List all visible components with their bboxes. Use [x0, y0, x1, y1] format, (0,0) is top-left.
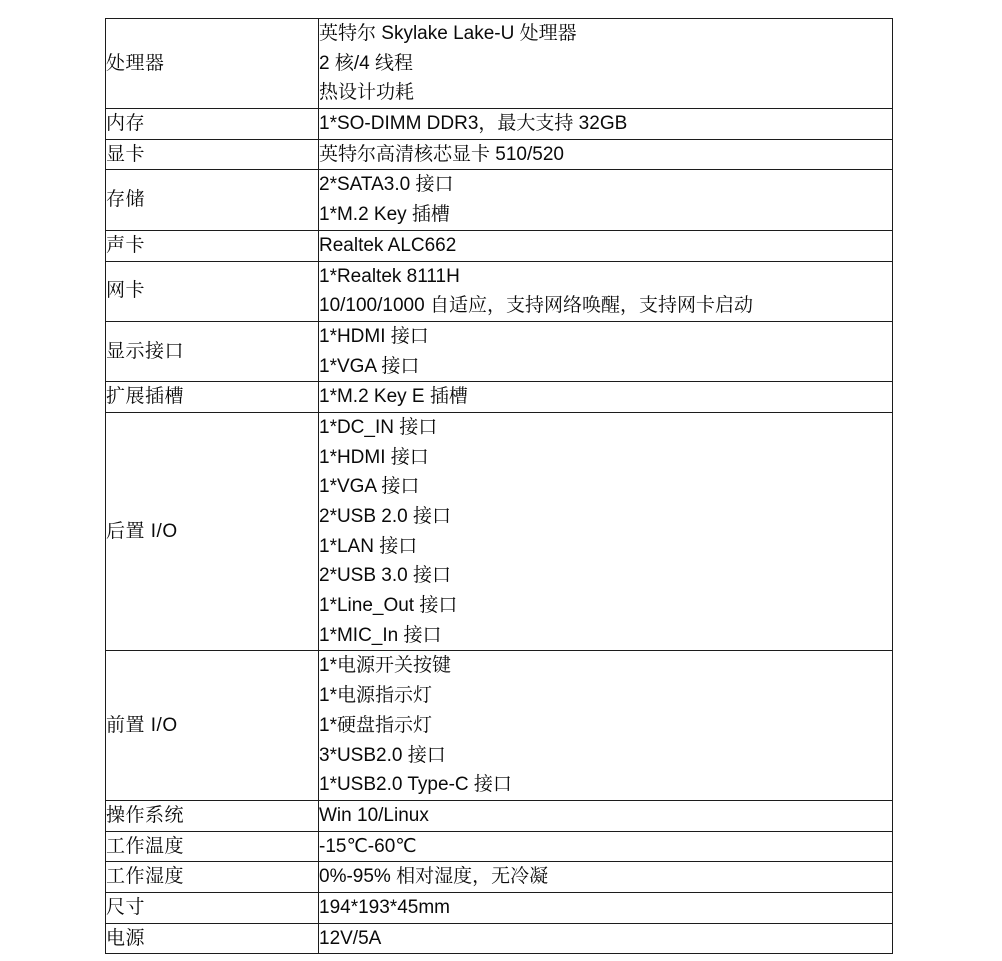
spec-value: 194*193*45mm — [319, 892, 893, 923]
spec-label-text: 操作系统 — [106, 801, 318, 831]
spec-label: 声卡 — [106, 230, 319, 261]
spec-label-text: 前置 I/O — [106, 711, 318, 741]
spec-value-line: 1*M.2 Key 插槽 — [319, 200, 892, 230]
spec-label: 操作系统 — [106, 800, 319, 831]
spec-sheet-page: 处理器英特尔 Skylake Lake-U 处理器2 核/4 线程热设计功耗内存… — [0, 0, 1002, 961]
table-row: 存储2*SATA3.0 接口1*M.2 Key 插槽 — [106, 170, 893, 230]
spec-value-line: 1*硬盘指示灯 — [319, 711, 892, 741]
spec-value-line: 1*Line_Out 接口 — [319, 591, 892, 621]
table-row: 前置 I/O1*电源开关按键1*电源指示灯1*硬盘指示灯3*USB2.0 接口1… — [106, 651, 893, 800]
table-row: 声卡Realtek ALC662 — [106, 230, 893, 261]
spec-value-line: 0%-95% 相对湿度，无冷凝 — [319, 862, 892, 892]
spec-label: 显示接口 — [106, 321, 319, 381]
spec-value-line: 2*USB 3.0 接口 — [319, 561, 892, 591]
spec-label: 后置 I/O — [106, 412, 319, 651]
spec-label-text: 电源 — [106, 924, 318, 954]
spec-label-text: 显示接口 — [106, 337, 318, 367]
spec-table-body: 处理器英特尔 Skylake Lake-U 处理器2 核/4 线程热设计功耗内存… — [106, 19, 893, 954]
spec-value: Win 10/Linux — [319, 800, 893, 831]
spec-label: 显卡 — [106, 139, 319, 170]
spec-label: 处理器 — [106, 19, 319, 109]
spec-label: 前置 I/O — [106, 651, 319, 800]
spec-value-line: 1*VGA 接口 — [319, 352, 892, 382]
spec-value-line: 1*电源指示灯 — [319, 681, 892, 711]
spec-value: 1*M.2 Key E 插槽 — [319, 382, 893, 413]
table-row: 处理器英特尔 Skylake Lake-U 处理器2 核/4 线程热设计功耗 — [106, 19, 893, 109]
table-row: 后置 I/O1*DC_IN 接口1*HDMI 接口1*VGA 接口2*USB 2… — [106, 412, 893, 651]
spec-value-line: 1*USB2.0 Type-C 接口 — [319, 770, 892, 800]
spec-value-line: 英特尔 Skylake Lake-U 处理器 — [319, 19, 892, 49]
spec-label-text: 声卡 — [106, 231, 318, 261]
spec-label-text: 处理器 — [106, 49, 318, 79]
spec-value-line: 1*电源开关按键 — [319, 651, 892, 681]
spec-table: 处理器英特尔 Skylake Lake-U 处理器2 核/4 线程热设计功耗内存… — [105, 18, 893, 954]
spec-value-line: 1*LAN 接口 — [319, 532, 892, 562]
spec-label: 网卡 — [106, 261, 319, 321]
spec-label-text: 存储 — [106, 185, 318, 215]
table-row: 内存1*SO-DIMM DDR3，最大支持 32GB — [106, 109, 893, 140]
table-row: 尺寸194*193*45mm — [106, 892, 893, 923]
spec-value-line: 1*DC_IN 接口 — [319, 413, 892, 443]
spec-label: 内存 — [106, 109, 319, 140]
spec-label-text: 工作湿度 — [106, 862, 318, 892]
spec-value-line: 1*SO-DIMM DDR3，最大支持 32GB — [319, 109, 892, 139]
spec-value-line: 10/100/1000 自适应，支持网络唤醒，支持网卡启动 — [319, 291, 892, 321]
spec-value-line: 1*VGA 接口 — [319, 472, 892, 502]
spec-value-line: 1*M.2 Key E 插槽 — [319, 382, 892, 412]
spec-label-text: 后置 I/O — [106, 517, 318, 547]
spec-label: 扩展插槽 — [106, 382, 319, 413]
table-row: 显示接口1*HDMI 接口1*VGA 接口 — [106, 321, 893, 381]
spec-value: Realtek ALC662 — [319, 230, 893, 261]
table-row: 电源12V/5A — [106, 923, 893, 954]
table-row: 显卡英特尔高清核芯显卡 510/520 — [106, 139, 893, 170]
table-row: 工作温度-15℃-60℃ — [106, 831, 893, 862]
spec-value: 2*SATA3.0 接口1*M.2 Key 插槽 — [319, 170, 893, 230]
spec-value-line: 12V/5A — [319, 924, 892, 954]
spec-value-line: 194*193*45mm — [319, 893, 892, 923]
spec-value: 英特尔高清核芯显卡 510/520 — [319, 139, 893, 170]
spec-value: 1*DC_IN 接口1*HDMI 接口1*VGA 接口2*USB 2.0 接口1… — [319, 412, 893, 651]
spec-label: 电源 — [106, 923, 319, 954]
spec-value: 12V/5A — [319, 923, 893, 954]
spec-label: 尺寸 — [106, 892, 319, 923]
spec-value-line: 3*USB2.0 接口 — [319, 741, 892, 771]
spec-value-line: 1*HDMI 接口 — [319, 443, 892, 473]
spec-label-text: 尺寸 — [106, 893, 318, 923]
spec-value-line: 1*MIC_In 接口 — [319, 621, 892, 651]
table-row: 网卡1*Realtek 8111H10/100/1000 自适应，支持网络唤醒，… — [106, 261, 893, 321]
table-row: 操作系统Win 10/Linux — [106, 800, 893, 831]
spec-value: 0%-95% 相对湿度，无冷凝 — [319, 862, 893, 893]
spec-value: -15℃-60℃ — [319, 831, 893, 862]
spec-value-line: 2*SATA3.0 接口 — [319, 170, 892, 200]
spec-label: 存储 — [106, 170, 319, 230]
spec-label: 工作温度 — [106, 831, 319, 862]
spec-value: 1*电源开关按键1*电源指示灯1*硬盘指示灯3*USB2.0 接口1*USB2.… — [319, 651, 893, 800]
spec-label-text: 工作温度 — [106, 832, 318, 862]
spec-value-line: 热设计功耗 — [319, 78, 892, 108]
spec-value-line: Win 10/Linux — [319, 801, 892, 831]
spec-value-line: 2 核/4 线程 — [319, 49, 892, 79]
spec-value-line: 1*Realtek 8111H — [319, 262, 892, 292]
table-row: 工作湿度0%-95% 相对湿度，无冷凝 — [106, 862, 893, 893]
spec-label-text: 扩展插槽 — [106, 382, 318, 412]
spec-label: 工作湿度 — [106, 862, 319, 893]
spec-value: 英特尔 Skylake Lake-U 处理器2 核/4 线程热设计功耗 — [319, 19, 893, 109]
spec-value: 1*SO-DIMM DDR3，最大支持 32GB — [319, 109, 893, 140]
spec-label-text: 网卡 — [106, 276, 318, 306]
spec-label-text: 内存 — [106, 109, 318, 139]
spec-value-line: 英特尔高清核芯显卡 510/520 — [319, 140, 892, 170]
spec-value-line: -15℃-60℃ — [319, 832, 892, 862]
table-row: 扩展插槽1*M.2 Key E 插槽 — [106, 382, 893, 413]
spec-value-line: Realtek ALC662 — [319, 231, 892, 261]
spec-value-line: 1*HDMI 接口 — [319, 322, 892, 352]
spec-value: 1*HDMI 接口1*VGA 接口 — [319, 321, 893, 381]
spec-label-text: 显卡 — [106, 140, 318, 170]
spec-value-line: 2*USB 2.0 接口 — [319, 502, 892, 532]
spec-value: 1*Realtek 8111H10/100/1000 自适应，支持网络唤醒，支持… — [319, 261, 893, 321]
